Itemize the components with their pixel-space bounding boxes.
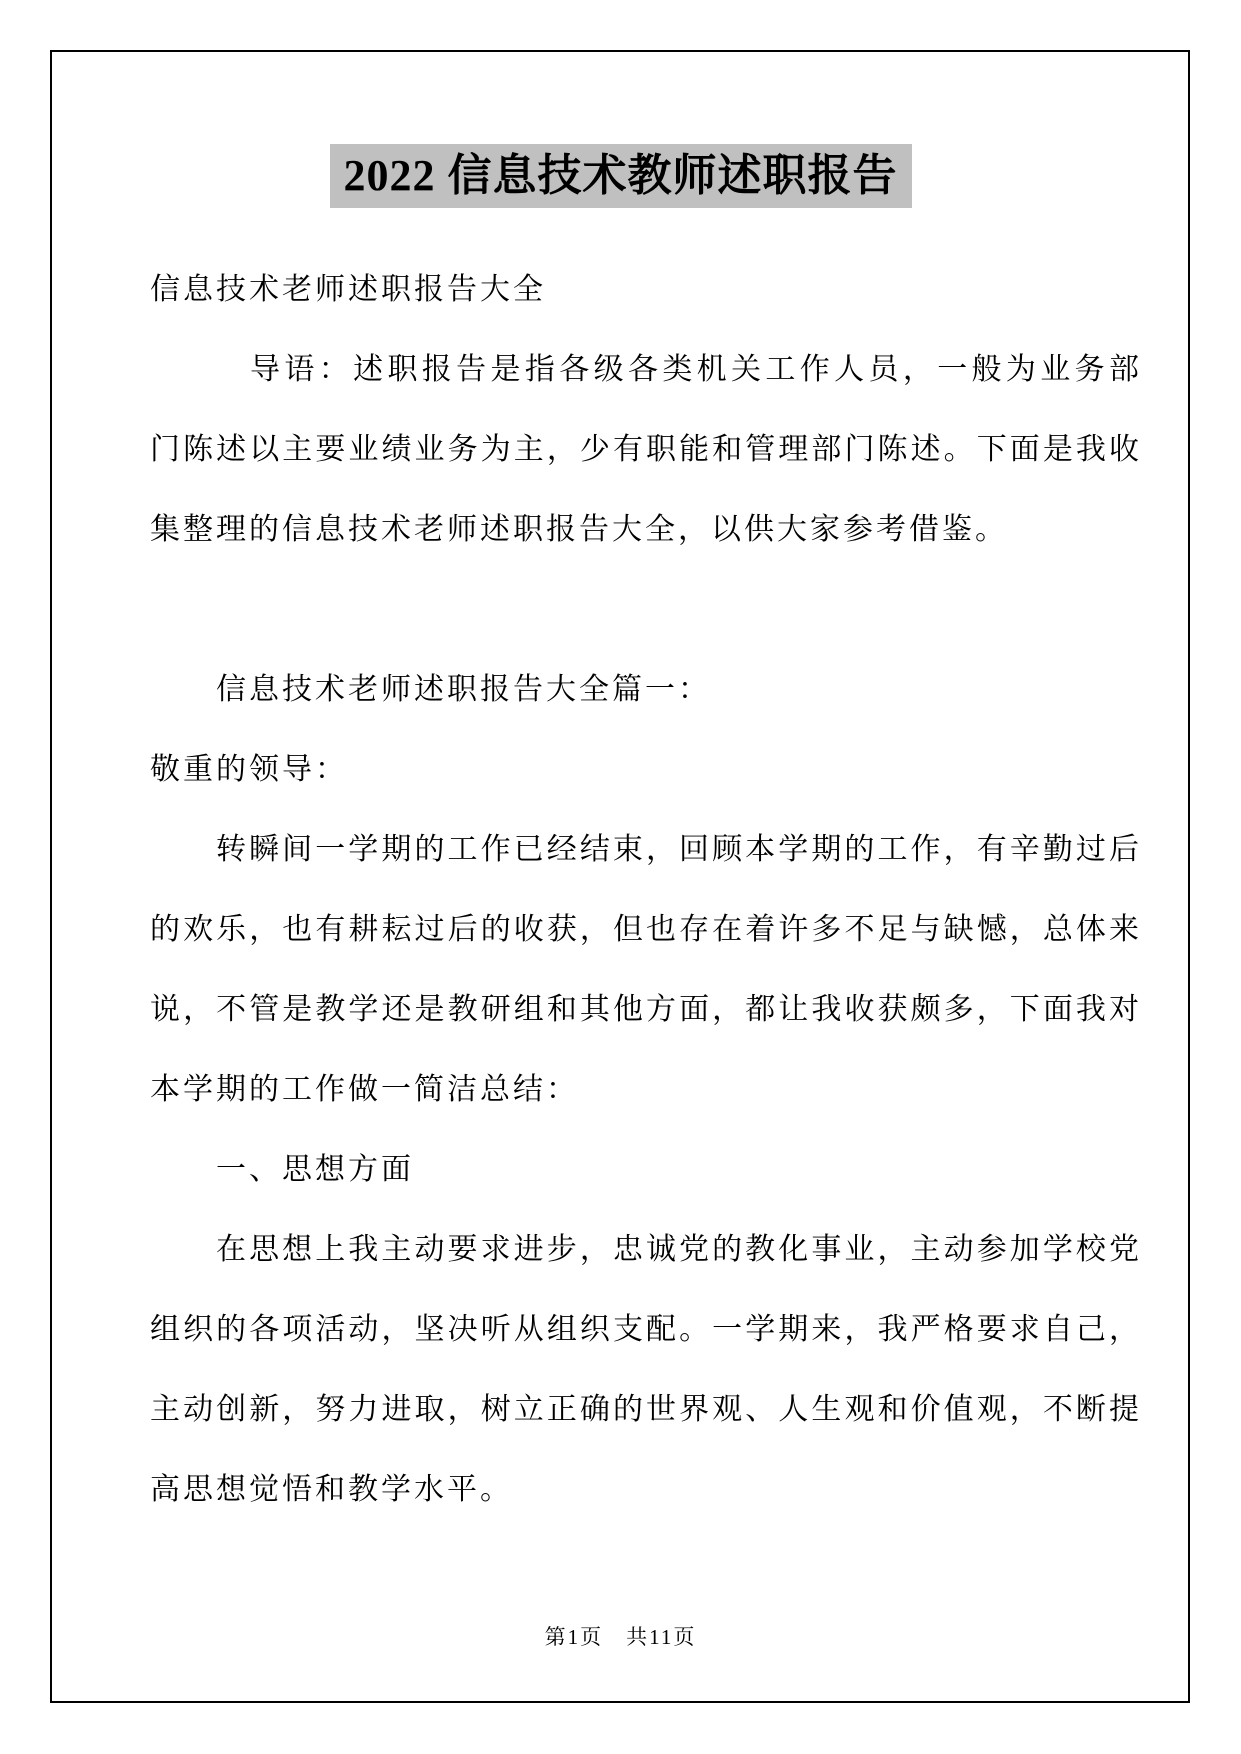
body-line: 门陈述以主要业绩业务为主，少有职能和管理部门陈述。下面是我收: [150, 410, 1142, 490]
body-line: 组织的各项活动，坚决听从组织支配。一学期来，我严格要求自己，: [150, 1290, 1142, 1370]
body-line: 高思想觉悟和教学水平。: [150, 1450, 1142, 1530]
body-line: 集整理的信息技术老师述职报告大全，以供大家参考借鉴。: [150, 490, 1142, 570]
document-title: 2022 信息技术教师述职报告: [330, 144, 912, 208]
document-body: 信息技术老师述职报告大全导语：述职报告是指各级各类机关工作人员，一般为业务部门陈…: [150, 250, 1142, 1530]
body-line: 的欢乐，也有耕耘过后的收获，但也存在着许多不足与缺憾，总体来: [150, 890, 1142, 970]
paragraph: 信息技术老师述职报告大全篇一：: [150, 650, 1142, 730]
paragraph: 一、思想方面: [150, 1130, 1142, 1210]
body-line: 信息技术老师述职报告大全篇一：: [150, 650, 1142, 730]
blank-paragraph: [150, 570, 1142, 650]
page-footer: 第1页 共11页: [0, 1620, 1241, 1654]
body-line: 说，不管是教学还是教研组和其他方面，都让我收获颇多，下面我对: [150, 970, 1142, 1050]
body-line: 转瞬间一学期的工作已经结束，回顾本学期的工作，有辛勤过后: [150, 810, 1142, 890]
paragraph: 敬重的领导：: [150, 730, 1142, 810]
body-line: 信息技术老师述职报告大全: [150, 250, 1142, 330]
paragraph: 信息技术老师述职报告大全: [150, 250, 1142, 330]
paragraph: 在思想上我主动要求进步，忠诚党的教化事业，主动参加学校党组织的各项活动，坚决听从…: [150, 1210, 1142, 1530]
body-line: 导语：述职报告是指各级各类机关工作人员，一般为业务部: [150, 330, 1142, 410]
paragraph: 导语：述职报告是指各级各类机关工作人员，一般为业务部门陈述以主要业绩业务为主，少…: [150, 330, 1142, 570]
body-line: 本学期的工作做一简洁总结：: [150, 1050, 1142, 1130]
document-page: 2022 信息技术教师述职报告 信息技术老师述职报告大全导语：述职报告是指各级各…: [0, 0, 1241, 1754]
body-line: 敬重的领导：: [150, 730, 1142, 810]
title-row: 2022 信息技术教师述职报告: [0, 144, 1241, 208]
page-number: 第1页 共11页: [545, 1625, 697, 1649]
paragraph: 转瞬间一学期的工作已经结束，回顾本学期的工作，有辛勤过后的欢乐，也有耕耘过后的收…: [150, 810, 1142, 1130]
body-line: 在思想上我主动要求进步，忠诚党的教化事业，主动参加学校党: [150, 1210, 1142, 1290]
body-line: 主动创新，努力进取，树立正确的世界观、人生观和价值观，不断提: [150, 1370, 1142, 1450]
body-line: 一、思想方面: [150, 1130, 1142, 1210]
